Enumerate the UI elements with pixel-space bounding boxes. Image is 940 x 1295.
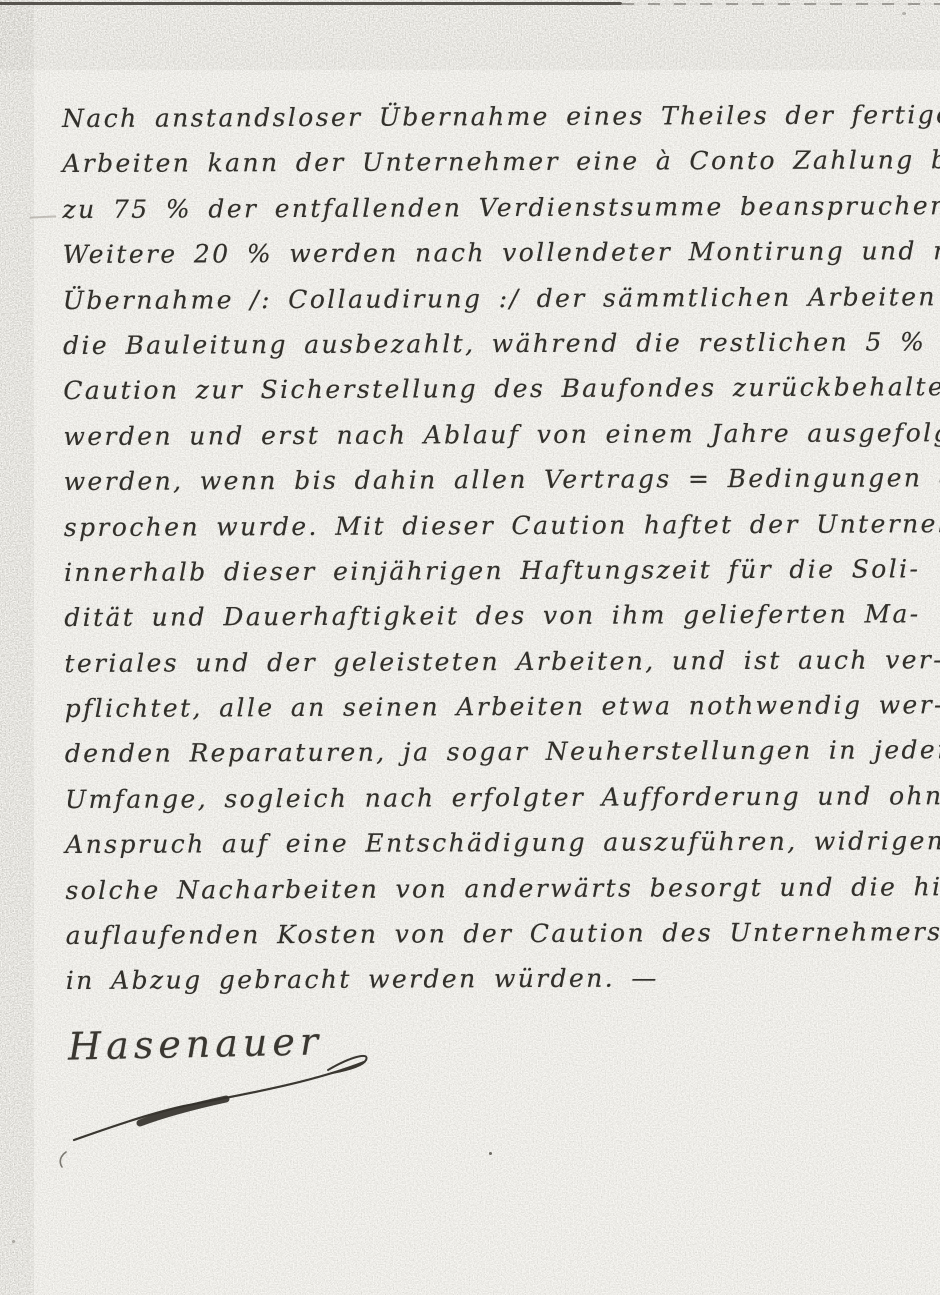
manuscript-line: solche Nacharbeiten von anderwärts besor…	[65, 864, 917, 913]
manuscript-line: Übernahme /: Collaudirung :/ der sämmtli…	[63, 274, 915, 323]
manuscript-line: in Abzug gebracht werden würden. —	[66, 955, 918, 1004]
manuscript-line: Caution zur Sicherstellung des Baufondes…	[63, 365, 915, 414]
manuscript-line: innerhalb dieser einjährigen Haftungszei…	[64, 546, 916, 595]
manuscript-line: Arbeiten kann der Unternehmer eine à Con…	[62, 138, 914, 187]
manuscript-line: sprochen wurde. Mit dieser Caution hafte…	[64, 501, 916, 550]
manuscript-line: Weitere 20 % werden nach vollendeter Mon…	[63, 228, 915, 277]
scan-edge-line	[0, 2, 622, 5]
manuscript-line: pflichtet, alle an seinen Arbeiten etwa …	[65, 682, 917, 731]
margin-dash-mark	[30, 215, 56, 218]
manuscript-line: werden, wenn bis dahin allen Vertrags = …	[64, 455, 916, 504]
manuscript-line: teriales und der geleisteten Arbeiten, u…	[64, 637, 916, 686]
manuscript-text-block: Nach anstandsloser Übernahme eines Theil…	[62, 92, 918, 1004]
scan-edge-line-faint	[622, 3, 940, 5]
manuscript-line: werden und erst nach Ablauf von einem Ja…	[63, 410, 915, 459]
manuscript-line: dität und Dauerhaftigkeit des von ihm ge…	[64, 592, 916, 641]
manuscript-line: Nach anstandsloser Übernahme eines Theil…	[62, 92, 914, 141]
manuscript-line: Umfange, sogleich nach erfolgter Aufford…	[65, 773, 917, 822]
signature: Hasenauer	[68, 1019, 324, 1068]
ink-speck	[12, 1240, 15, 1243]
scanned-manuscript-page: Nach anstandsloser Übernahme eines Theil…	[0, 0, 940, 1295]
manuscript-line: denden Reparaturen, ja sogar Neuherstell…	[65, 728, 917, 777]
ink-speck	[902, 12, 906, 15]
manuscript-line: auflaufenden Kosten von der Caution des …	[66, 909, 918, 958]
manuscript-line: Anspruch auf eine Entschädigung auszufüh…	[65, 819, 917, 868]
manuscript-line: die Bauleitung ausbezahlt, während die r…	[63, 319, 915, 368]
manuscript-line: zu 75 % der entfallenden Verdienstsumme …	[62, 183, 914, 232]
ink-speck	[489, 1152, 492, 1155]
